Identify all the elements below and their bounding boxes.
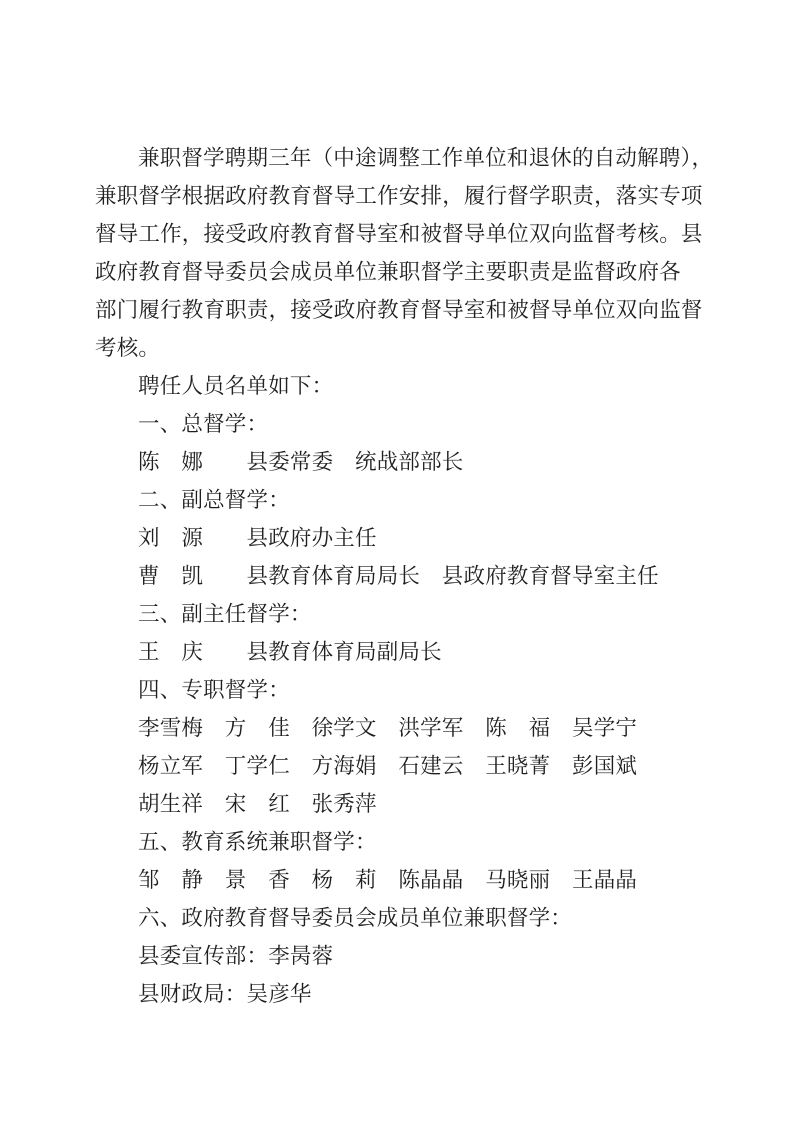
section-title: 四、专职督学：: [95, 672, 710, 710]
paragraph-line: 考核。: [95, 330, 710, 368]
paragraph-line: 兼职督学聘期三年（中途调整工作单位和退休的自动解聘），: [95, 140, 710, 178]
entry-line: 刘 源 县政府办主任: [95, 520, 710, 558]
paragraph-line: 部门履行教育职责，接受政府教育督导室和被督导单位双向监督: [95, 292, 710, 330]
entry-line: 陈 娜 县委常委 统战部部长: [95, 444, 710, 482]
entry-line: 王 庆 县教育体育局副局长: [95, 634, 710, 672]
entry-line: 曹 凯 县教育体育局局长 县政府教育督导室主任: [95, 558, 710, 596]
paragraph-line: 兼职督学根据政府教育督导工作安排，履行督学职责，落实专项: [95, 178, 710, 216]
paragraph-line: 督导工作，接受政府教育督导室和被督导单位双向监督考核。县: [95, 216, 710, 254]
section-title: 二、副总督学：: [95, 482, 710, 520]
entry-line: 邹 静 景 香 杨 莉 陈晶晶 马晓丽 王晶晶: [95, 862, 710, 900]
entry-line: 杨立军 丁学仁 方海娟 石建云 王晓菁 彭国斌: [95, 748, 710, 786]
section-title: 六、政府教育督导委员会成员单位兼职督学：: [95, 900, 710, 938]
section-title: 三、副主任督学：: [95, 596, 710, 634]
document-page: 兼职督学聘期三年（中途调整工作单位和退休的自动解聘）， 兼职督学根据政府教育督导…: [0, 0, 794, 1123]
list-heading: 聘任人员名单如下：: [95, 368, 710, 406]
section-title: 五、教育系统兼职督学：: [95, 824, 710, 862]
entry-line: 胡生祥 宋 红 张秀萍: [95, 786, 710, 824]
entry-line: 李雪梅 方 佳 徐学文 洪学军 陈 福 吴学宁: [95, 710, 710, 748]
entry-line: 县财政局：吴彦华: [95, 976, 710, 1014]
paragraph-line: 政府教育督导委员会成员单位兼职督学主要职责是监督政府各: [95, 254, 710, 292]
entry-line: 县委宣传部：李昺蓉: [95, 938, 710, 976]
section-title: 一、总督学：: [95, 406, 710, 444]
